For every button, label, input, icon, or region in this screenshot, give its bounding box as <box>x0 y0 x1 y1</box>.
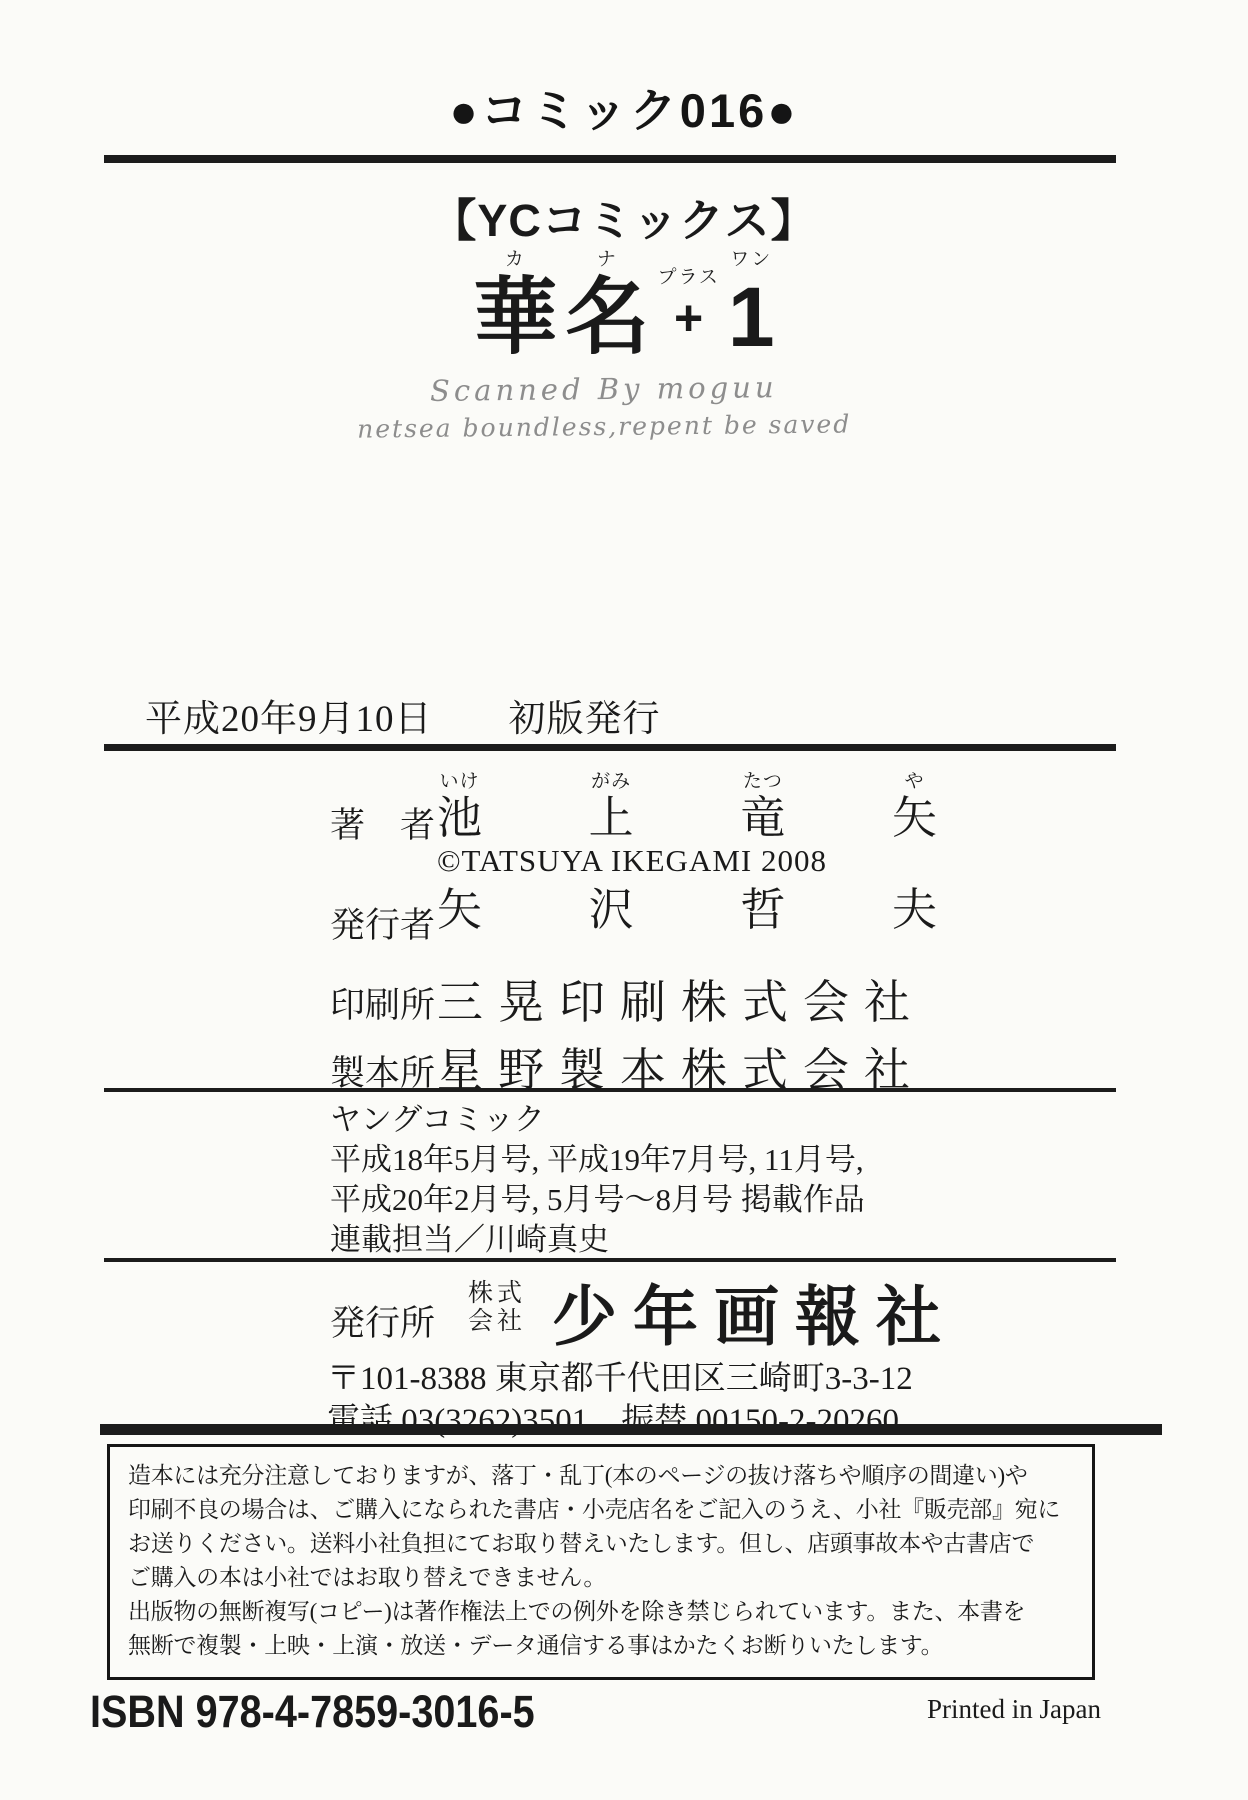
title-char-4: ワン 1 <box>728 244 775 359</box>
notice-line-5: 出版物の無断複写(コピー)は著作権法上での例外を除き禁じられています。また、本書… <box>128 1595 1076 1629</box>
book-title: カ 華 ナ 名 プラス + ワン 1 <box>473 244 774 359</box>
author-base-1: 池 <box>437 794 482 842</box>
copyright-line: ©TATSUYA IKEGAMI 2008 <box>437 843 827 879</box>
author-char-2: がみ 上 <box>589 766 634 842</box>
publisher-person-name: 矢 沢 哲 夫 <box>437 886 937 934</box>
title-base-3: + <box>657 293 719 359</box>
publisher-person-label: 発行者 <box>330 898 435 948</box>
title-char-3: プラス + <box>657 262 719 359</box>
book-title-block: カ 華 ナ 名 プラス + ワン 1 <box>0 244 1248 359</box>
author-furigana-1: いけ <box>437 766 482 793</box>
divider-rule-credits <box>104 1088 1116 1092</box>
corporation-prefix-bottom: 会社 <box>468 1308 526 1336</box>
title-furigana-3: プラス <box>657 262 719 289</box>
publisher-name: 少年画報社 <box>552 1264 957 1358</box>
printer-name: 三晃印刷株式会社 <box>437 966 925 1032</box>
author-furigana-2: がみ <box>589 766 634 793</box>
title-furigana-4: ワン <box>728 244 775 271</box>
title-base-1: 華 <box>473 275 557 359</box>
author-base-3: 竜 <box>740 794 785 842</box>
author-base-2: 上 <box>589 794 634 842</box>
corporation-prefix: 株式 会社 <box>468 1280 526 1336</box>
title-furigana-1: カ <box>473 244 557 271</box>
title-base-4: 1 <box>728 275 775 359</box>
printer-label: 印刷所 <box>330 978 435 1028</box>
notice-line-1: 造本には充分注意しておりますが、落丁・乱丁(本のページの抜け落ちや順序の間違い)… <box>128 1459 1076 1493</box>
scan-credit-line2: netsea boundless,repent be saved <box>0 405 1228 447</box>
publisher-person-char-2: 沢 <box>589 886 634 934</box>
notice-box: 造本には充分注意しておりますが、落丁・乱丁(本のページの抜け落ちや順序の間違い)… <box>107 1444 1095 1680</box>
divider-rule-serialization <box>104 1258 1116 1262</box>
publisher-address: 〒101-8388 東京都千代田区三崎町3-3-12 <box>327 1352 913 1399</box>
author-furigana-3: たつ <box>740 766 785 793</box>
author-char-1: いけ 池 <box>437 766 482 842</box>
issues-line-1: 平成18年5月号, 平成19年7月号, 11月号, <box>330 1140 865 1180</box>
notice-line-3: お送りください。送料小社負担にてお取り替えいたします。但し、店頭事故本や古書店で <box>128 1527 1076 1561</box>
publisher-person-char-3: 哲 <box>740 886 785 934</box>
series-number-label: ●コミック016● <box>0 74 1248 141</box>
title-char-2: ナ 名 <box>565 244 649 359</box>
serialization-block: ヤングコミック 平成18年5月号, 平成19年7月号, 11月号, 平成20年2… <box>330 1100 865 1260</box>
title-furigana-2: ナ <box>565 244 649 271</box>
issues-line-2: 平成20年2月号, 5月号～8月号 掲載作品 <box>330 1180 865 1220</box>
author-char-4: や 矢 <box>892 766 937 842</box>
notice-line-6: 無断で複製・上映・上演・放送・データ通信する事はかたくお断りいたします。 <box>128 1629 1076 1663</box>
title-base-2: 名 <box>565 275 649 359</box>
divider-rule-top <box>104 155 1116 163</box>
edition-date: 平成20年9月10日 初版発行 <box>145 688 661 742</box>
serial-editor: 連載担当／川崎真史 <box>330 1220 865 1260</box>
imprint-label: 【YCコミックス】 <box>0 184 1248 249</box>
divider-rule-thick <box>100 1424 1162 1435</box>
printed-in-japan: Printed in Japan <box>927 1694 1101 1725</box>
colophon-page: ●コミック016● 【YCコミックス】 カ 華 ナ 名 プラス + ワン 1 S… <box>0 0 1248 1800</box>
isbn-number: ISBN 978-4-7859-3016-5 <box>90 1686 535 1738</box>
author-label: 著 者 <box>330 798 435 848</box>
magazine-name: ヤングコミック <box>330 1100 865 1140</box>
publisher-person-char-1: 矢 <box>437 886 482 934</box>
author-char-3: たつ 竜 <box>740 766 785 842</box>
scan-credit: Scanned By moguu netsea boundless,repent… <box>0 365 1228 447</box>
notice-line-2: 印刷不良の場合は、ご購入になられた書店・小売店名をご記入のうえ、小社『販売部』宛… <box>128 1493 1076 1527</box>
title-char-1: カ 華 <box>473 244 557 359</box>
notice-line-4: ご購入の本は小社ではお取り替えできません。 <box>128 1561 1076 1595</box>
author-name: いけ 池 がみ 上 たつ 竜 や 矢 <box>437 766 937 842</box>
author-base-4: 矢 <box>892 794 937 842</box>
scan-credit-line1: Scanned By moguu <box>0 365 1228 412</box>
publisher-person-char-4: 夫 <box>892 886 937 934</box>
publisher-label: 発行所 <box>330 1296 435 1346</box>
divider-rule-date <box>104 744 1116 751</box>
corporation-prefix-top: 株式 <box>468 1280 526 1308</box>
author-furigana-4: や <box>892 766 937 793</box>
